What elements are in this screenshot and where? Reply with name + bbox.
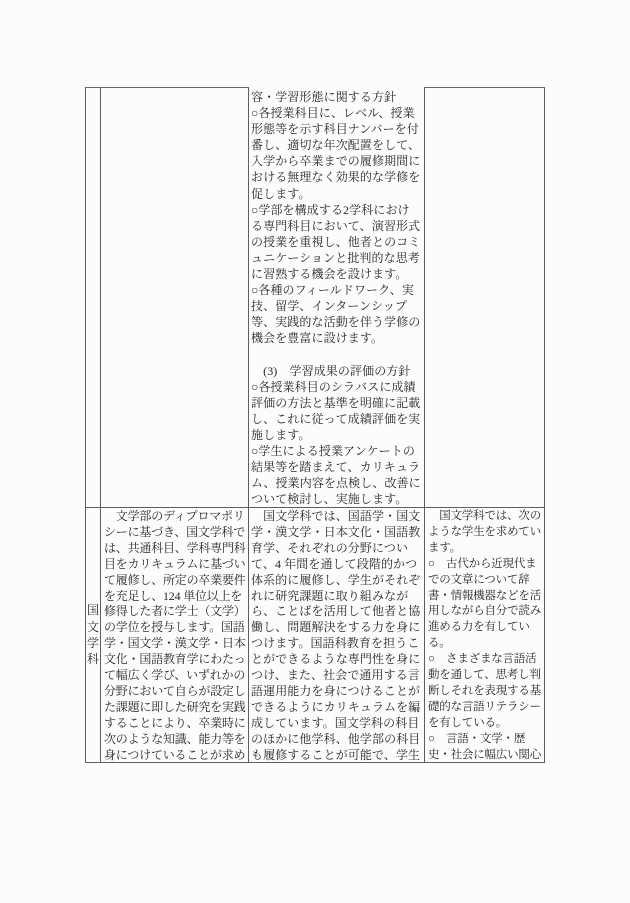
admission-policy-text: 国文学科では、次の ような学生を求めてい ます。 ○ 古代から近現代ま での文章…: [425, 508, 544, 763]
row1-diploma-empty-cell: [101, 87, 249, 508]
row1-admission-empty-cell: [425, 87, 545, 508]
curriculum-detail-text: 国文学科では、国語学・国文 学・漢文学・日本文化・国語教 育学、それぞれの分野に…: [249, 508, 424, 763]
row2-diploma-policy-cell: 文学部のディプロマポリ シーに基づき、国文学科で は、共通科目、学科専門科 目を…: [101, 508, 249, 763]
curriculum-policy-continued-text: 容・学習形態に関する方針 ○各授業科目に、レベル、授業 形態等を示す科目ナンバー…: [249, 87, 424, 507]
diploma-policy-text: 文学部のディプロマポリ シーに基づき、国文学科で は、共通科目、学科専門科 目を…: [101, 508, 248, 763]
row2-department-spine-cell: 国 文 学 科: [85, 508, 101, 763]
row1-spine-empty-cell: [85, 87, 101, 508]
row2-curriculum-detail-cell: 国文学科では、国語学・国文 学・漢文学・日本文化・国語教 育学、それぞれの分野に…: [249, 508, 425, 763]
row2-admission-policy-cell: 国文学科では、次の ような学生を求めてい ます。 ○ 古代から近現代ま での文章…: [425, 508, 545, 763]
policy-table: 容・学習形態に関する方針 ○各授業科目に、レベル、授業 形態等を示す科目ナンバー…: [85, 87, 545, 763]
document-page: 容・学習形態に関する方針 ○各授業科目に、レベル、授業 形態等を示す科目ナンバー…: [0, 0, 630, 903]
department-vertical-label: 国 文 学 科: [87, 602, 99, 668]
row1-curriculum-policy-cell: 容・学習形態に関する方針 ○各授業科目に、レベル、授業 形態等を示す科目ナンバー…: [249, 87, 425, 508]
